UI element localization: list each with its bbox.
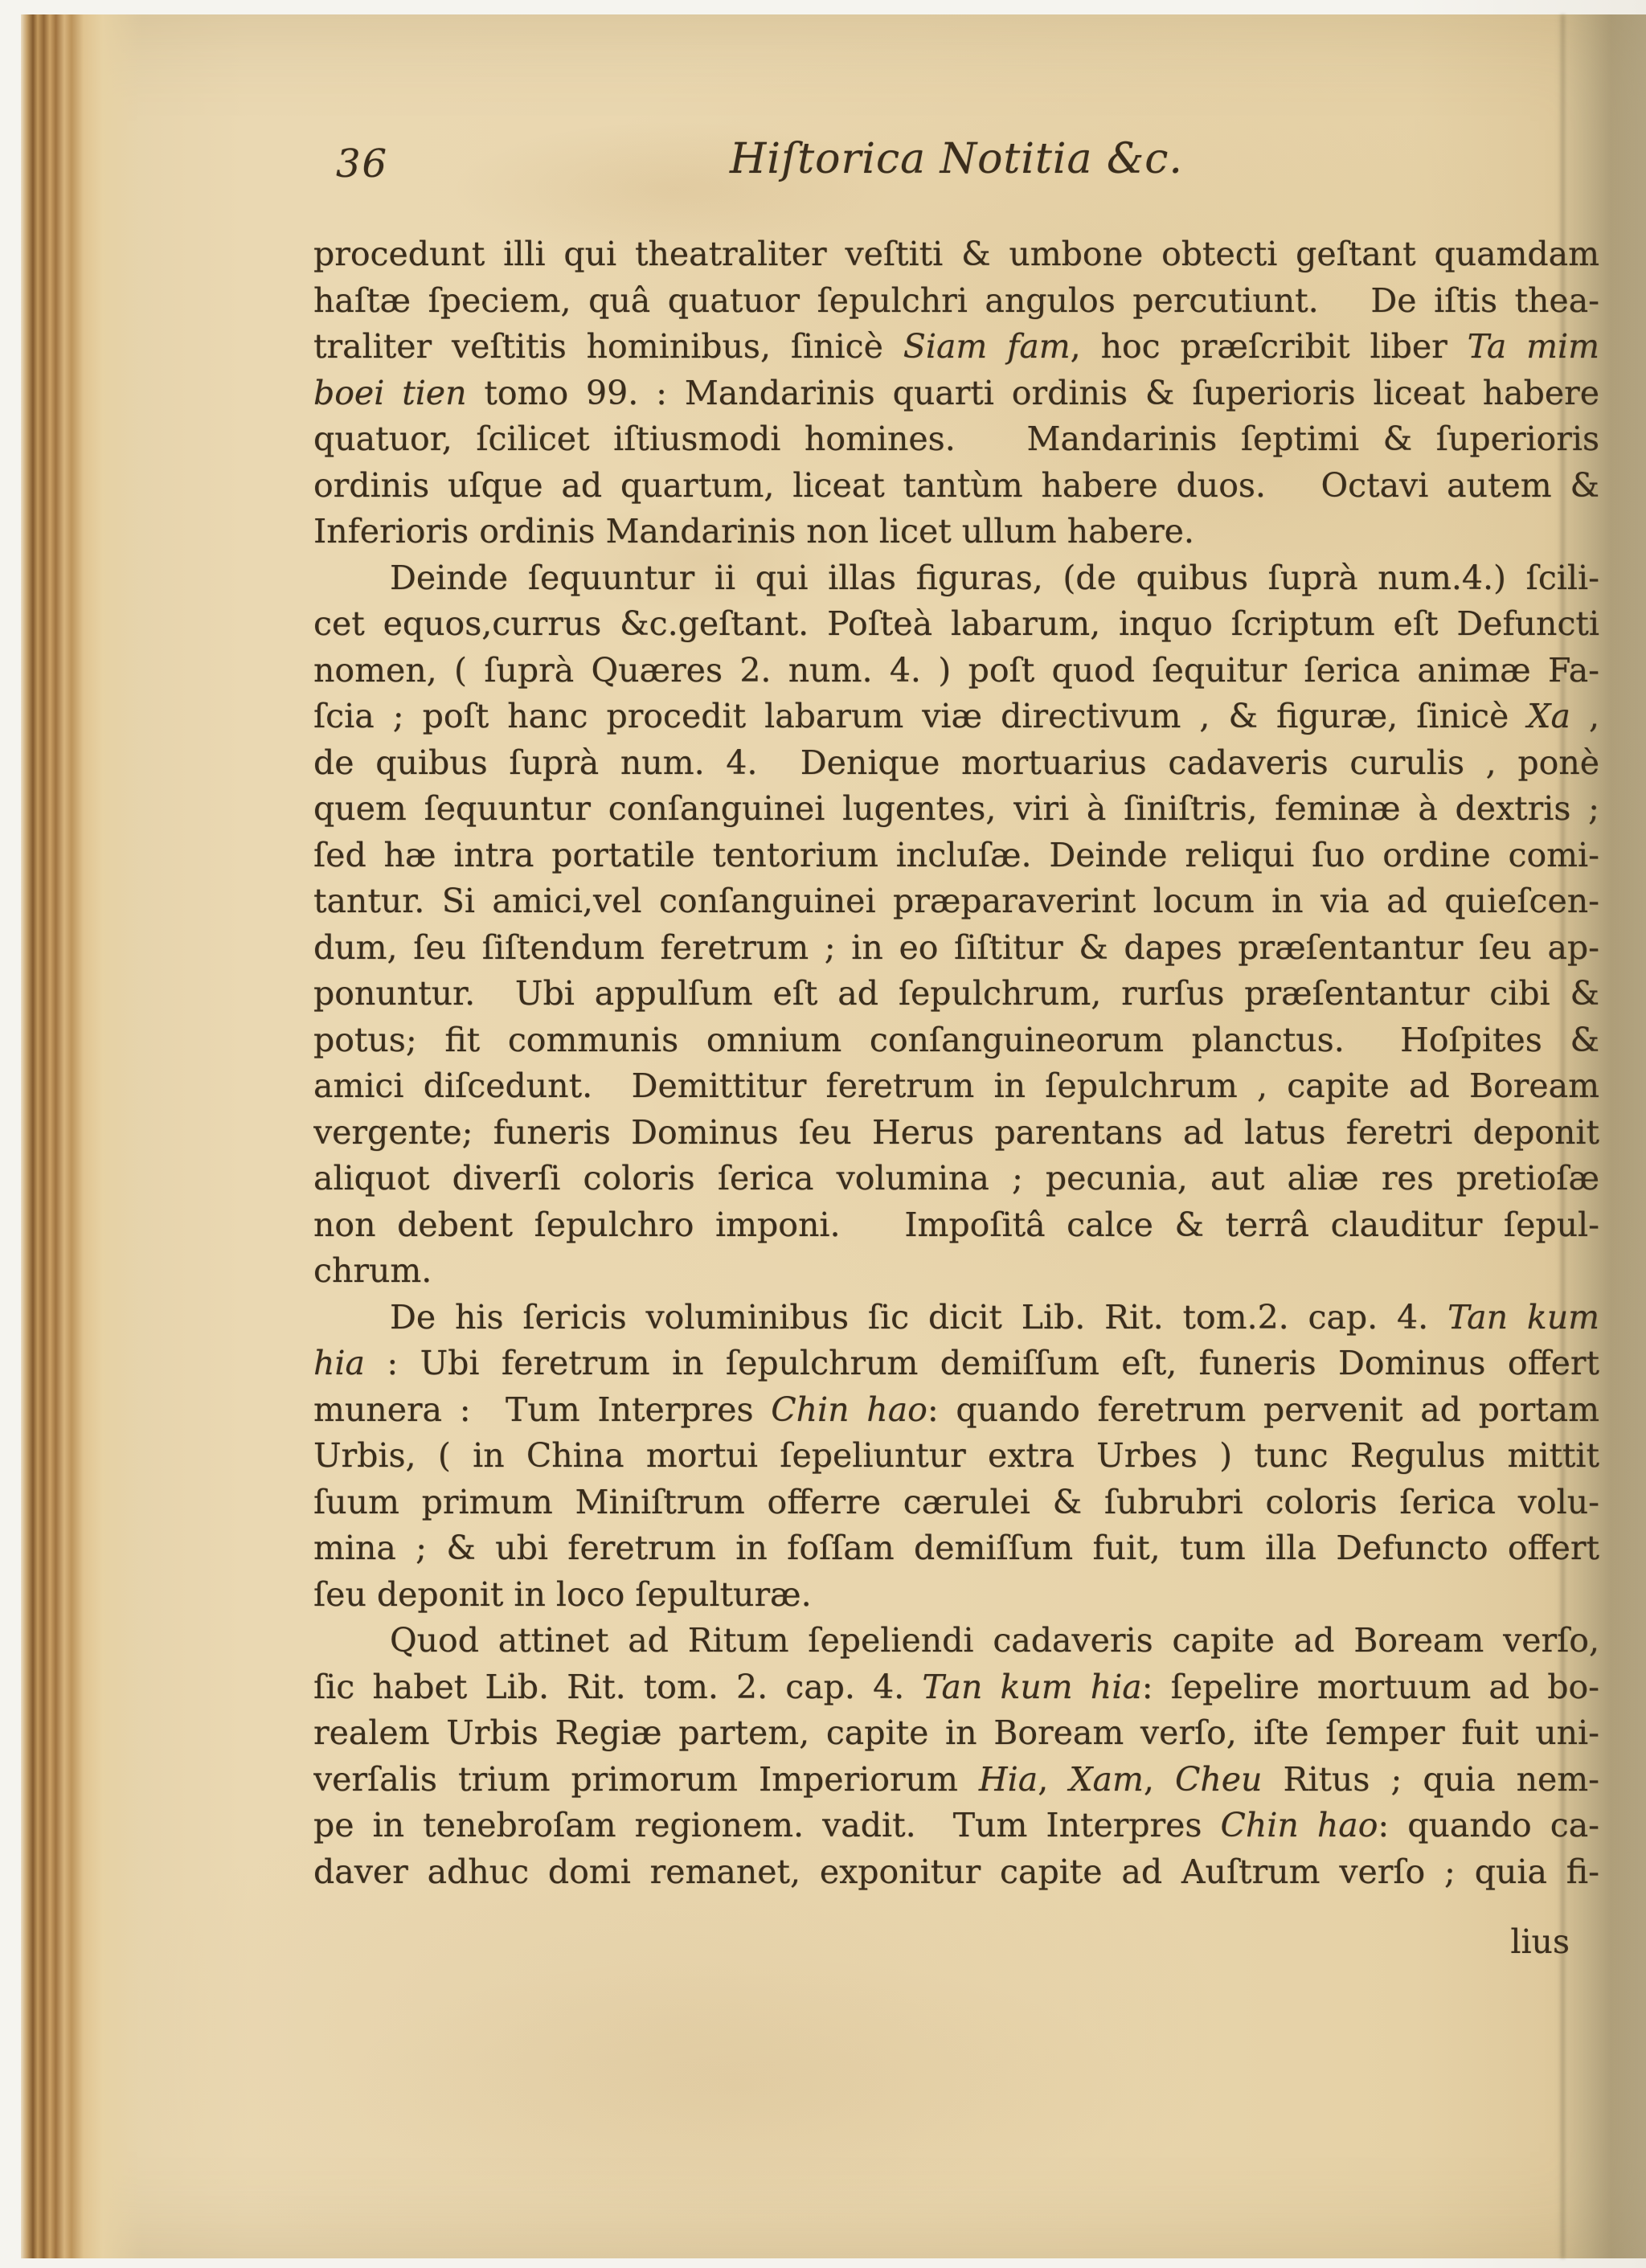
text-line: De his ſericis voluminibus ſic dicit Lib… (313, 1295, 1599, 1341)
text-line: vergente; funeris Dominus ſeu Herus pare… (313, 1110, 1599, 1157)
text-line: nomen, ( ſuprà Quæres 2. num. 4. ) poſt … (313, 648, 1599, 694)
text-line: Quod attinet ad Ritum ſepeliendi cadaver… (313, 1618, 1599, 1664)
text-line: verſalis trium primorum Imperiorum Hia, … (313, 1757, 1599, 1803)
text-line: hia : Ubi feretrum in ſepulchrum demiſſu… (313, 1341, 1599, 1387)
text-line: amici diſcedunt. Demittitur feretrum in … (313, 1063, 1599, 1110)
text-line: traliter veſtitis hominibus, ſinicè Siam… (313, 324, 1599, 370)
text-line: ponuntur. Ubi appulſum eſt ad ſepulchrum… (313, 971, 1599, 1017)
text-line: chrum. (313, 1248, 1599, 1295)
text-line: potus; fit communis omnium conſanguineor… (313, 1017, 1599, 1064)
text-line: tantur. Si amici,vel conſanguinei præpar… (313, 878, 1599, 925)
text-line: dum, ſeu ſiſtendum feretrum ; in eo ſiſt… (313, 925, 1599, 972)
text-line: ſuum primum Miniſtrum offerre cærulei & … (313, 1480, 1599, 1526)
text-line: ſeu deponit in loco ſepulturæ. (313, 1572, 1599, 1619)
text-line: ſed hæ intra portatile tentorium incluſæ… (313, 833, 1599, 879)
text-line: haſtæ ſpeciem, quâ quatuor ſepulchri ang… (313, 278, 1599, 325)
text-line: ordinis uſque ad quartum, liceat tantùm … (313, 463, 1599, 510)
text-line: daver adhuc domi remanet, exponitur capi… (313, 1849, 1599, 1896)
text-line: procedunt illi qui theatraliter veſtiti … (313, 231, 1599, 278)
page-header: 36 Hiſtorica Notitia &c. (313, 135, 1599, 198)
text-line: quatuor, ſcilicet iſtiusmodi homines. Ma… (313, 416, 1599, 463)
text-line: ſic habet Lib. Rit. tom. 2. cap. 4. Tan … (313, 1664, 1599, 1711)
text-line: munera : Tum Interpres Chin hao: quando … (313, 1387, 1599, 1434)
text-line: boei tien tomo 99. : Mandarinis quarti o… (313, 370, 1599, 417)
running-title: Hiſtorica Notitia &c. (313, 135, 1599, 183)
text-line: non debent ſepulchro imponi. Impoſitâ ca… (313, 1202, 1599, 1249)
catchword: lius (1510, 1922, 1570, 1961)
text-line: ſcia ; poſt hanc procedit labarum viæ di… (313, 694, 1599, 740)
text-line: Inferioris ordinis Mandarinis non licet … (313, 509, 1599, 555)
text-line: Deinde ſequuntur ii qui illas figuras, (… (313, 555, 1599, 602)
text-block: procedunt illi qui theatraliter veſtiti … (313, 231, 1599, 1895)
text-line: mina ; & ubi feretrum in foſſam demiſſum… (313, 1525, 1599, 1572)
text-line: aliquot diverſi coloris ſerica volumina … (313, 1156, 1599, 1202)
text-line: cet equos,currus &c.geſtant. Poſteà laba… (313, 601, 1599, 648)
book-binding-edge (21, 14, 141, 2258)
text-line: de quibus ſuprà num. 4. Denique mortuari… (313, 740, 1599, 787)
text-line: pe in tenebroſam regionem. vadit. Tum In… (313, 1803, 1599, 1849)
scanned-book-page: 36 Hiſtorica Notitia &c. procedunt illi … (0, 0, 1646, 2268)
page-number: 36 (336, 141, 388, 186)
text-line: quem ſequuntur conſanguinei lugentes, vi… (313, 786, 1599, 833)
text-line: realem Urbis Regiæ partem, capite in Bor… (313, 1710, 1599, 1757)
text-line: Urbis, ( in China mortui ſepeliuntur ext… (313, 1433, 1599, 1480)
